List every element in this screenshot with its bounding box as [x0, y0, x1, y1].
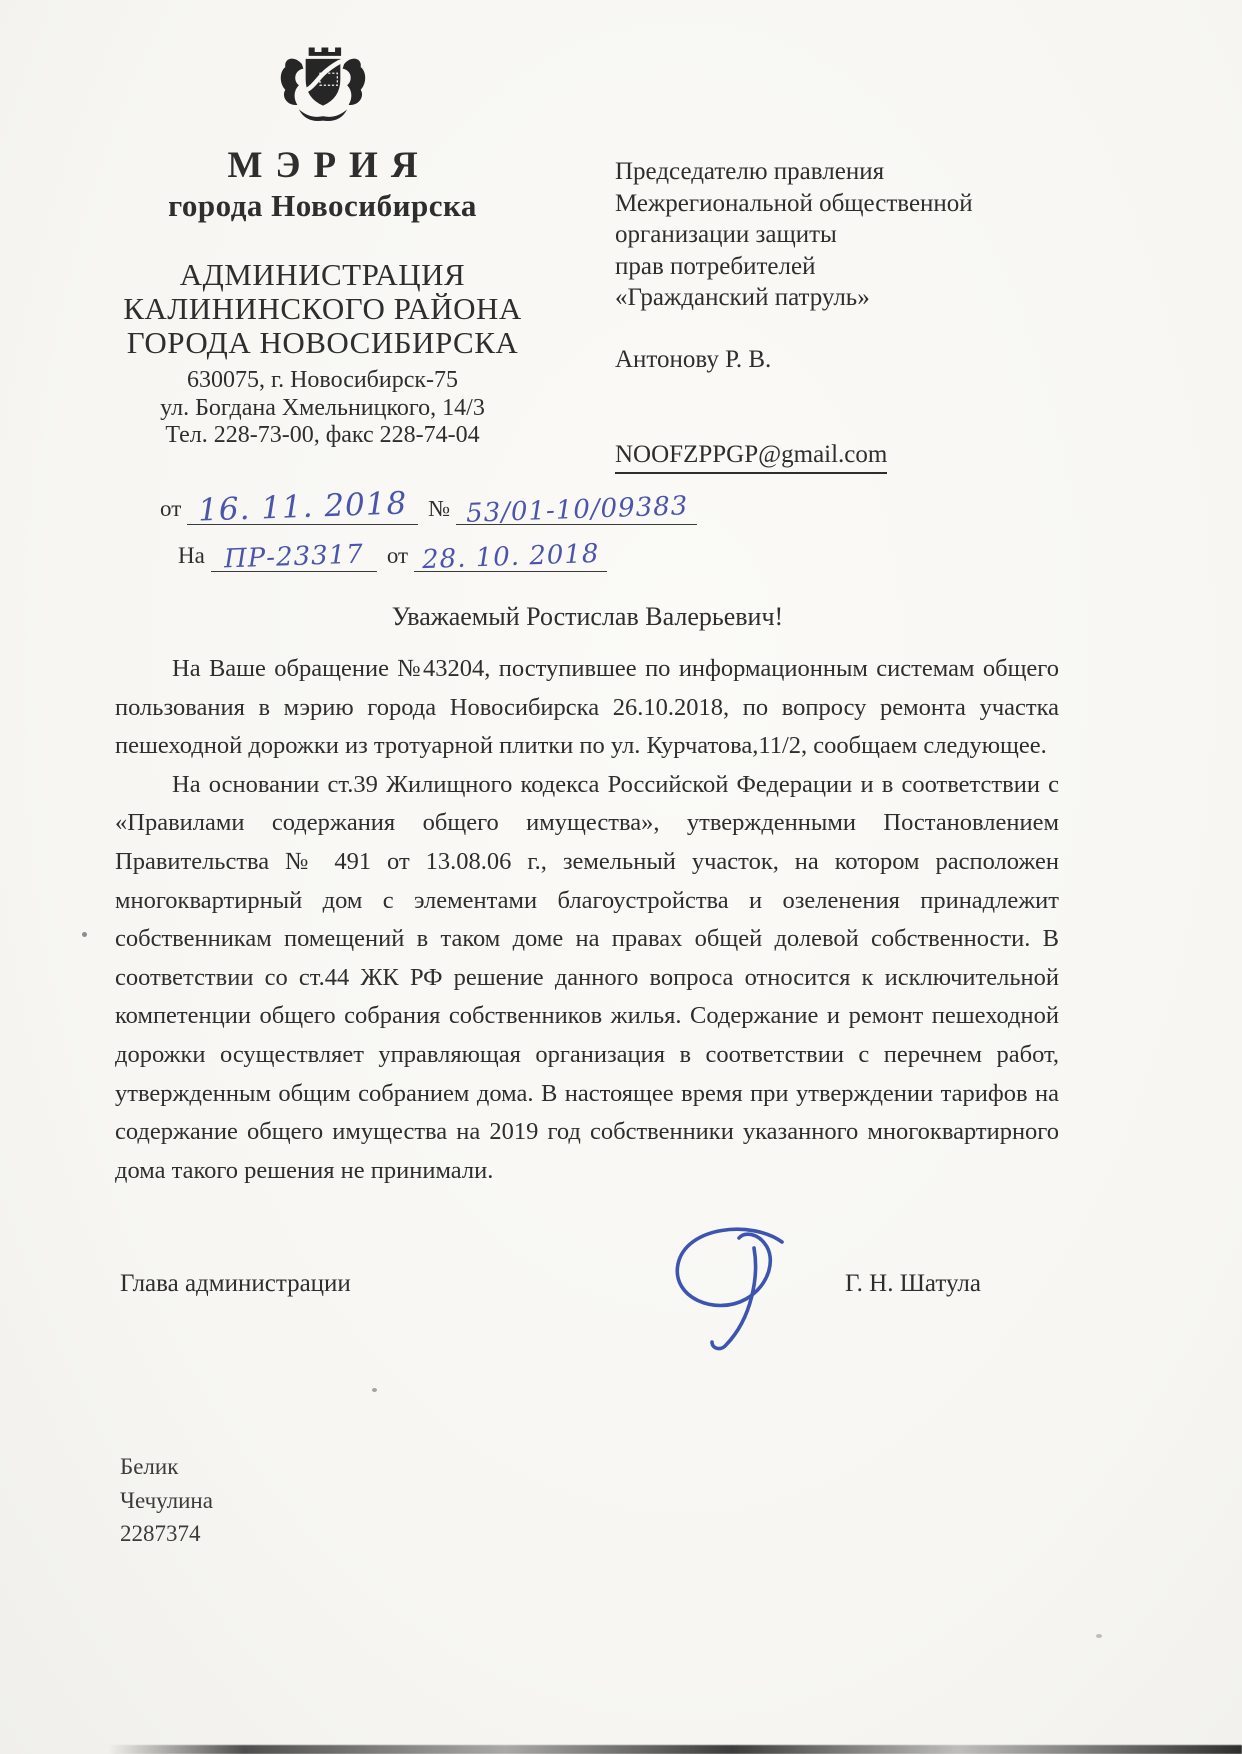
recipient-line: «Гражданский патруль» — [615, 282, 1045, 314]
executor-line: Белик — [120, 1450, 213, 1484]
reply-label: На — [178, 543, 211, 572]
scan-speck — [372, 1388, 377, 1392]
scanned-letter-page: МЭРИЯ города Новосибирска АДМИНИСТРАЦИЯ … — [0, 0, 1242, 1754]
outgoing-number-field: 53/01-10/09383 — [456, 493, 697, 525]
body-paragraph-1: На Ваше обращение №43204, поступившее по… — [115, 650, 1059, 766]
coat-of-arms-emblem — [274, 40, 372, 138]
incoming-number-handwriting: ПР-23317 — [224, 540, 365, 575]
signature-autograph — [660, 1218, 810, 1353]
recipient-line: Председателю правления — [615, 156, 1045, 188]
letterhead: МЭРИЯ города Новосибирска АДМИНИСТРАЦИЯ … — [95, 40, 550, 450]
outgoing-number-handwriting: 53/01-10/09383 — [465, 491, 688, 529]
executor-line: Чечулина — [120, 1484, 213, 1518]
department-name: АДМИНИСТРАЦИЯ КАЛИНИНСКОГО РАЙОНА ГОРОДА… — [95, 258, 550, 360]
incoming-reference-line: На ПР-23317 от 28. 10. 2018 — [178, 540, 607, 572]
address-line: Тел. 228-73-00, факс 228-74-04 — [95, 422, 550, 450]
scan-speck — [1096, 1634, 1102, 1638]
incoming-date-field: 28. 10. 2018 — [414, 540, 607, 572]
address-block: 630075, г. Новосибирск-75 ул. Богдана Хм… — [95, 367, 550, 450]
body-paragraph-2: На основании ст.39 Жилищного кодекса Рос… — [115, 766, 1059, 1191]
org-subtitle: города Новосибирска — [95, 188, 550, 224]
recipient-line: организации защиты — [615, 219, 1045, 251]
department-line: АДМИНИСТРАЦИЯ — [95, 258, 550, 292]
scan-edge-artifact — [108, 1745, 1242, 1754]
from-label: от — [160, 496, 187, 525]
number-label: № — [418, 496, 456, 525]
letter-body: На Ваше обращение №43204, поступившее по… — [115, 650, 1059, 1190]
recipient-line: прав потребителей — [615, 251, 1045, 283]
executor-line: 2287374 — [120, 1517, 213, 1551]
incoming-number-field: ПР-23317 — [211, 540, 377, 572]
recipient-block: Председателю правления Межрегиональной о… — [615, 156, 1045, 474]
signer-title: Глава администрации — [120, 1270, 351, 1298]
department-line: ГОРОДА НОВОСИБИРСКА — [95, 326, 550, 360]
address-line: 630075, г. Новосибирск-75 — [95, 367, 550, 395]
scan-speck — [82, 932, 87, 937]
signer-name: Г. Н. Шатула — [845, 1270, 981, 1298]
salutation: Уважаемый Ростислав Валерьевич! — [115, 602, 1060, 632]
recipient-name: Антонову Р. В. — [615, 344, 1045, 376]
reply-from-label: от — [377, 543, 414, 572]
outgoing-date-field: 16. 11. 2018 — [187, 487, 418, 525]
org-title: МЭРИЯ — [95, 144, 550, 187]
incoming-date-handwriting: 28. 10. 2018 — [422, 539, 600, 575]
recipient-line: Межрегиональной общественной — [615, 188, 1045, 220]
outgoing-date-handwriting: 16. 11. 2018 — [198, 485, 408, 528]
address-line: ул. Богдана Хмельницкого, 14/3 — [95, 395, 550, 423]
outgoing-reference-line: от 16. 11. 2018 № 53/01-10/09383 — [160, 487, 697, 525]
department-line: КАЛИНИНСКОГО РАЙОНА — [95, 292, 550, 326]
recipient-email: NOOFZPPGP@gmail.com — [615, 439, 1045, 474]
executor-block: Белик Чечулина 2287374 — [120, 1450, 213, 1551]
